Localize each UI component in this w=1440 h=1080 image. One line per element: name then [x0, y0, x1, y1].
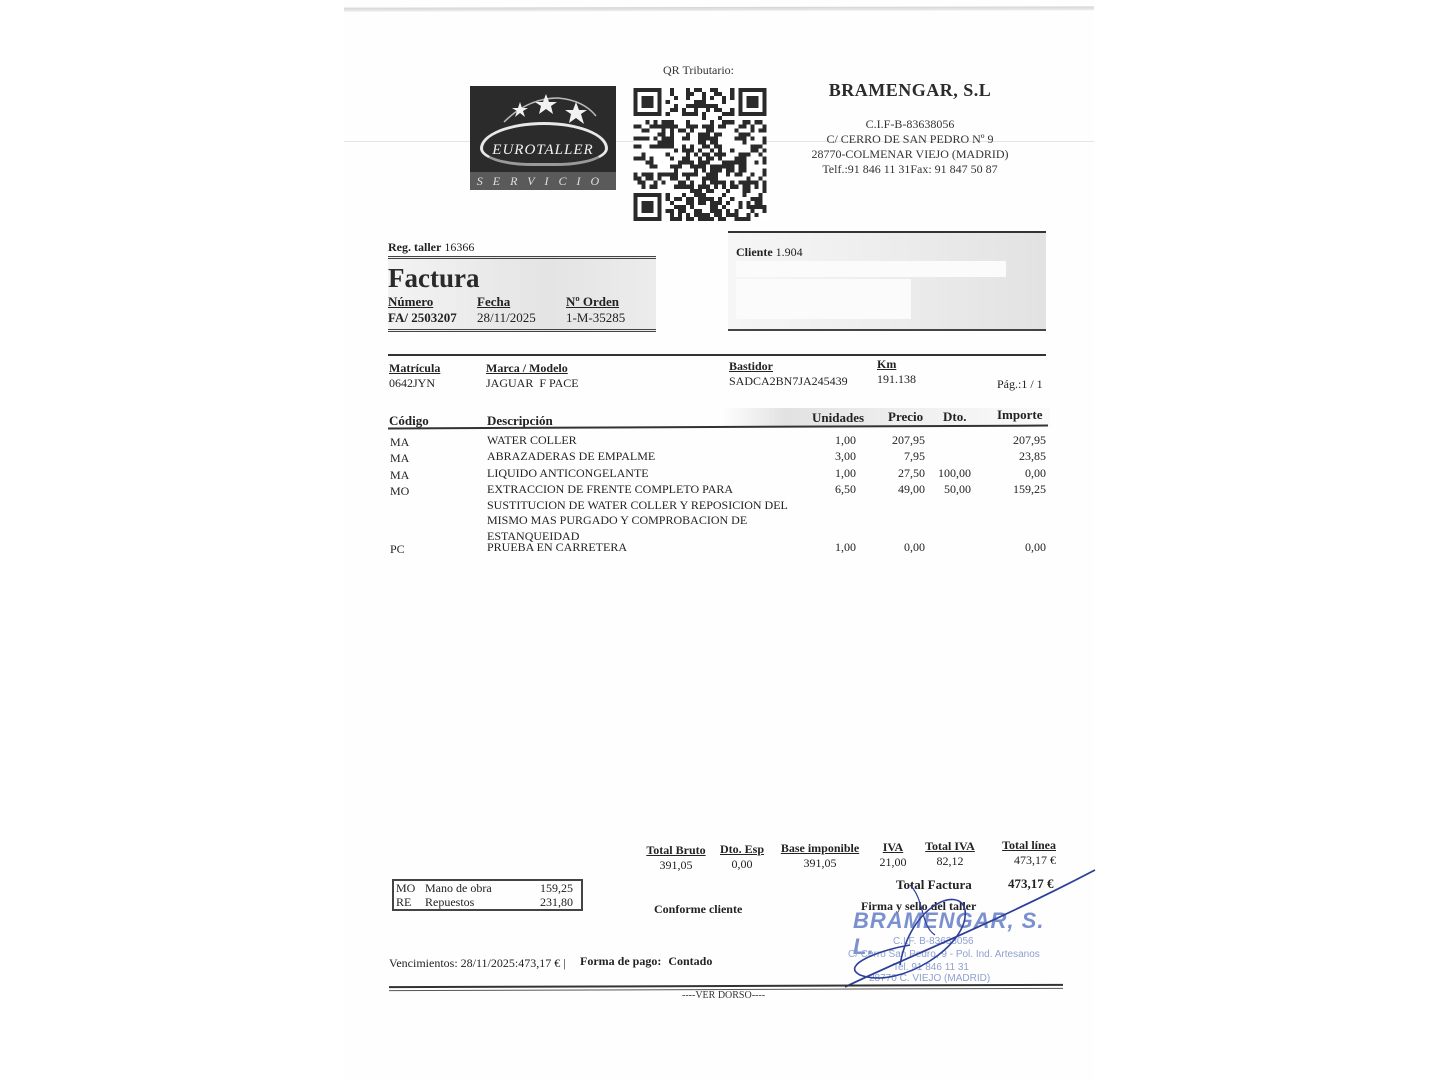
redacted-area — [736, 261, 1006, 277]
invoice-order-label: Nº Orden — [566, 294, 625, 310]
total-bruto: Total Bruto 391,05 — [645, 840, 707, 873]
cell-dto: 50,00 — [926, 482, 971, 497]
cell-importe: 207,95 — [985, 433, 1046, 448]
summary-code: RE — [396, 895, 411, 909]
cell-codigo: MO — [390, 484, 430, 499]
company-address: C/ CERRO DE SAN PEDRO Nº 9 — [790, 132, 1030, 147]
cell-unidades: 3,00 — [806, 449, 856, 464]
cell-descripcion: LIQUIDO ANTICONGELANTE — [487, 466, 807, 482]
company-info: BRAMENGAR, S.L C.I.F-B-83638056 C/ CERRO… — [790, 80, 1030, 177]
total-linea-label: Total línea — [996, 838, 1056, 853]
col-unidades: Unidades — [812, 410, 864, 426]
cell-precio: 0,00 — [870, 540, 925, 555]
vin-value: SADCA2BN7JA245439 — [729, 374, 848, 389]
total-bruto-label: Total Bruto — [645, 843, 707, 858]
vencimientos-label: Vencimientos: — [389, 956, 458, 970]
reg-taller-value: 16366 — [444, 240, 474, 254]
company-city: 28770-COLMENAR VIEJO (MADRID) — [790, 147, 1030, 162]
cell-precio: 49,00 — [870, 482, 925, 497]
vehicle-km: Km 191.138 — [877, 357, 916, 387]
client-label: Cliente — [736, 245, 773, 259]
summary-code: MO — [396, 881, 415, 895]
reg-taller: Reg. taller 16366 — [388, 240, 474, 255]
total-iva-label: Total IVA — [922, 839, 978, 854]
plate-value: 0642JYN — [389, 376, 440, 391]
cell-precio: 207,95 — [870, 433, 925, 448]
description-line: MISMO MAS PURGADO Y COMPROBACION DE — [487, 513, 807, 529]
col-dto: Dto. — [943, 409, 966, 425]
logo-brand: EUROTALLER — [470, 142, 616, 159]
iva-label: IVA — [875, 840, 911, 855]
description-line: EXTRACCION DE FRENTE COMPLETO PARA — [487, 482, 807, 498]
summary-value: 159,25 — [540, 881, 573, 895]
logo-subtitle: SERVICIO — [470, 172, 616, 190]
cell-precio: 7,95 — [870, 449, 925, 464]
summary-value: 231,80 — [540, 895, 573, 909]
cell-descripcion: WATER COLLER — [487, 433, 807, 449]
summary-row: MO Mano de obra 159,25 — [394, 881, 581, 895]
cell-codigo: MA — [390, 435, 430, 450]
dto-esp-label: Dto. Esp — [718, 842, 766, 857]
cell-unidades: 1,00 — [806, 466, 856, 481]
km-value: 191.138 — [877, 372, 916, 387]
invoice-title: Factura — [388, 263, 479, 294]
dto-esp-value: 0,00 — [718, 857, 766, 872]
summary-row: RE Repuestos 231,80 — [394, 895, 581, 909]
invoice-number-label: Número — [388, 294, 457, 310]
qr-code-icon — [633, 88, 767, 221]
qr-label: QR Tributario: — [663, 63, 734, 78]
client-number: 1.904 — [776, 245, 803, 259]
company-phones: Telf.:91 846 11 31Fax: 91 847 50 87 — [790, 162, 1030, 177]
description-line: ABRAZADERAS DE EMPALME — [487, 449, 807, 465]
redacted-area — [736, 279, 911, 319]
vencimientos-value: 28/11/2025:473,17 € | — [461, 956, 566, 970]
col-precio: Precio — [888, 409, 923, 425]
conforme-cliente: Conforme cliente — [654, 902, 742, 917]
km-label: Km — [877, 357, 916, 372]
forma-pago-value: Contado — [668, 954, 712, 968]
vehicle-vin: Bastidor SADCA2BN7JA245439 — [729, 359, 848, 389]
invoice-order-value: 1-M-35285 — [566, 310, 625, 326]
plate-label: Matrícula — [389, 361, 440, 376]
cell-codigo: PC — [390, 542, 430, 557]
cell-importe: 159,25 — [985, 482, 1046, 497]
reg-taller-label: Reg. taller — [388, 240, 441, 254]
page-number: Pág.:1 / 1 — [997, 377, 1043, 392]
dto-esp: Dto. Esp 0,00 — [718, 840, 766, 872]
summary-box: MO Mano de obra 159,25 RE Repuestos 231,… — [392, 879, 583, 911]
description-line: PRUEBA EN CARRETERA — [487, 540, 807, 556]
invoice-date-value: 28/11/2025 — [477, 310, 536, 326]
vin-label: Bastidor — [729, 359, 848, 374]
cell-importe: 0,00 — [985, 540, 1046, 555]
vehicle-plate: Matrícula 0642JYN — [389, 361, 440, 391]
invoice-header-box: Factura Número FA/ 2503207 Fecha 28/11/2… — [388, 256, 656, 332]
invoice-number: Número FA/ 2503207 — [388, 294, 457, 326]
cell-descripcion: PRUEBA EN CARRETERA — [487, 540, 807, 556]
total-bruto-value: 391,05 — [645, 858, 707, 873]
total-linea: Total línea 473,17 € — [996, 838, 1056, 868]
cell-descripcion: EXTRACCION DE FRENTE COMPLETO PARASUSTIT… — [487, 482, 807, 544]
model-value: JAGUAR F PACE — [486, 376, 579, 391]
description-line: WATER COLLER — [487, 433, 807, 449]
vehicle-divider — [388, 354, 1046, 357]
vencimientos: Vencimientos: 28/11/2025:473,17 € | — [389, 956, 566, 971]
cell-unidades: 6,50 — [806, 482, 856, 497]
cell-codigo: MA — [390, 451, 430, 466]
client-id: Cliente 1.904 — [736, 245, 803, 260]
model-label: Marca / Modelo — [486, 361, 579, 376]
cell-codigo: MA — [390, 468, 430, 483]
summary-label: Mano de obra — [425, 881, 492, 895]
description-line: SUSTITUCION DE WATER COLLER Y REPOSICION… — [487, 498, 807, 514]
summary-label: Repuestos — [425, 895, 474, 909]
ver-dorso: ----VER DORSO---- — [682, 990, 765, 1001]
invoice-date: Fecha 28/11/2025 — [477, 294, 536, 326]
base-imponible-label: Base imponible — [778, 841, 862, 856]
forma-pago-label: Forma de pago: — [580, 954, 661, 968]
vehicle-model: Marca / Modelo JAGUAR F PACE — [486, 361, 579, 391]
eurotaller-logo: EUROTALLER SERVICIO — [470, 86, 616, 190]
signature-icon — [840, 865, 1100, 995]
description-line: LIQUIDO ANTICONGELANTE — [487, 466, 807, 482]
cell-precio: 27,50 — [870, 466, 925, 481]
cell-unidades: 1,00 — [806, 540, 856, 555]
invoice-order: Nº Orden 1-M-35285 — [566, 294, 625, 326]
col-importe: Importe — [997, 407, 1043, 423]
cell-importe: 0,00 — [985, 466, 1046, 481]
forma-pago: Forma de pago: Contado — [580, 954, 712, 969]
invoice-date-label: Fecha — [477, 294, 536, 310]
company-cif: C.I.F-B-83638056 — [790, 117, 1030, 132]
cell-descripcion: ABRAZADERAS DE EMPALME — [487, 449, 807, 465]
invoice-number-value: FA/ 2503207 — [388, 310, 457, 326]
cell-importe: 23,85 — [985, 449, 1046, 464]
company-name: BRAMENGAR, S.L — [790, 80, 1030, 101]
client-box: Cliente 1.904 — [728, 231, 1046, 331]
cell-unidades: 1,00 — [806, 433, 856, 448]
cell-dto: 100,00 — [926, 466, 971, 481]
